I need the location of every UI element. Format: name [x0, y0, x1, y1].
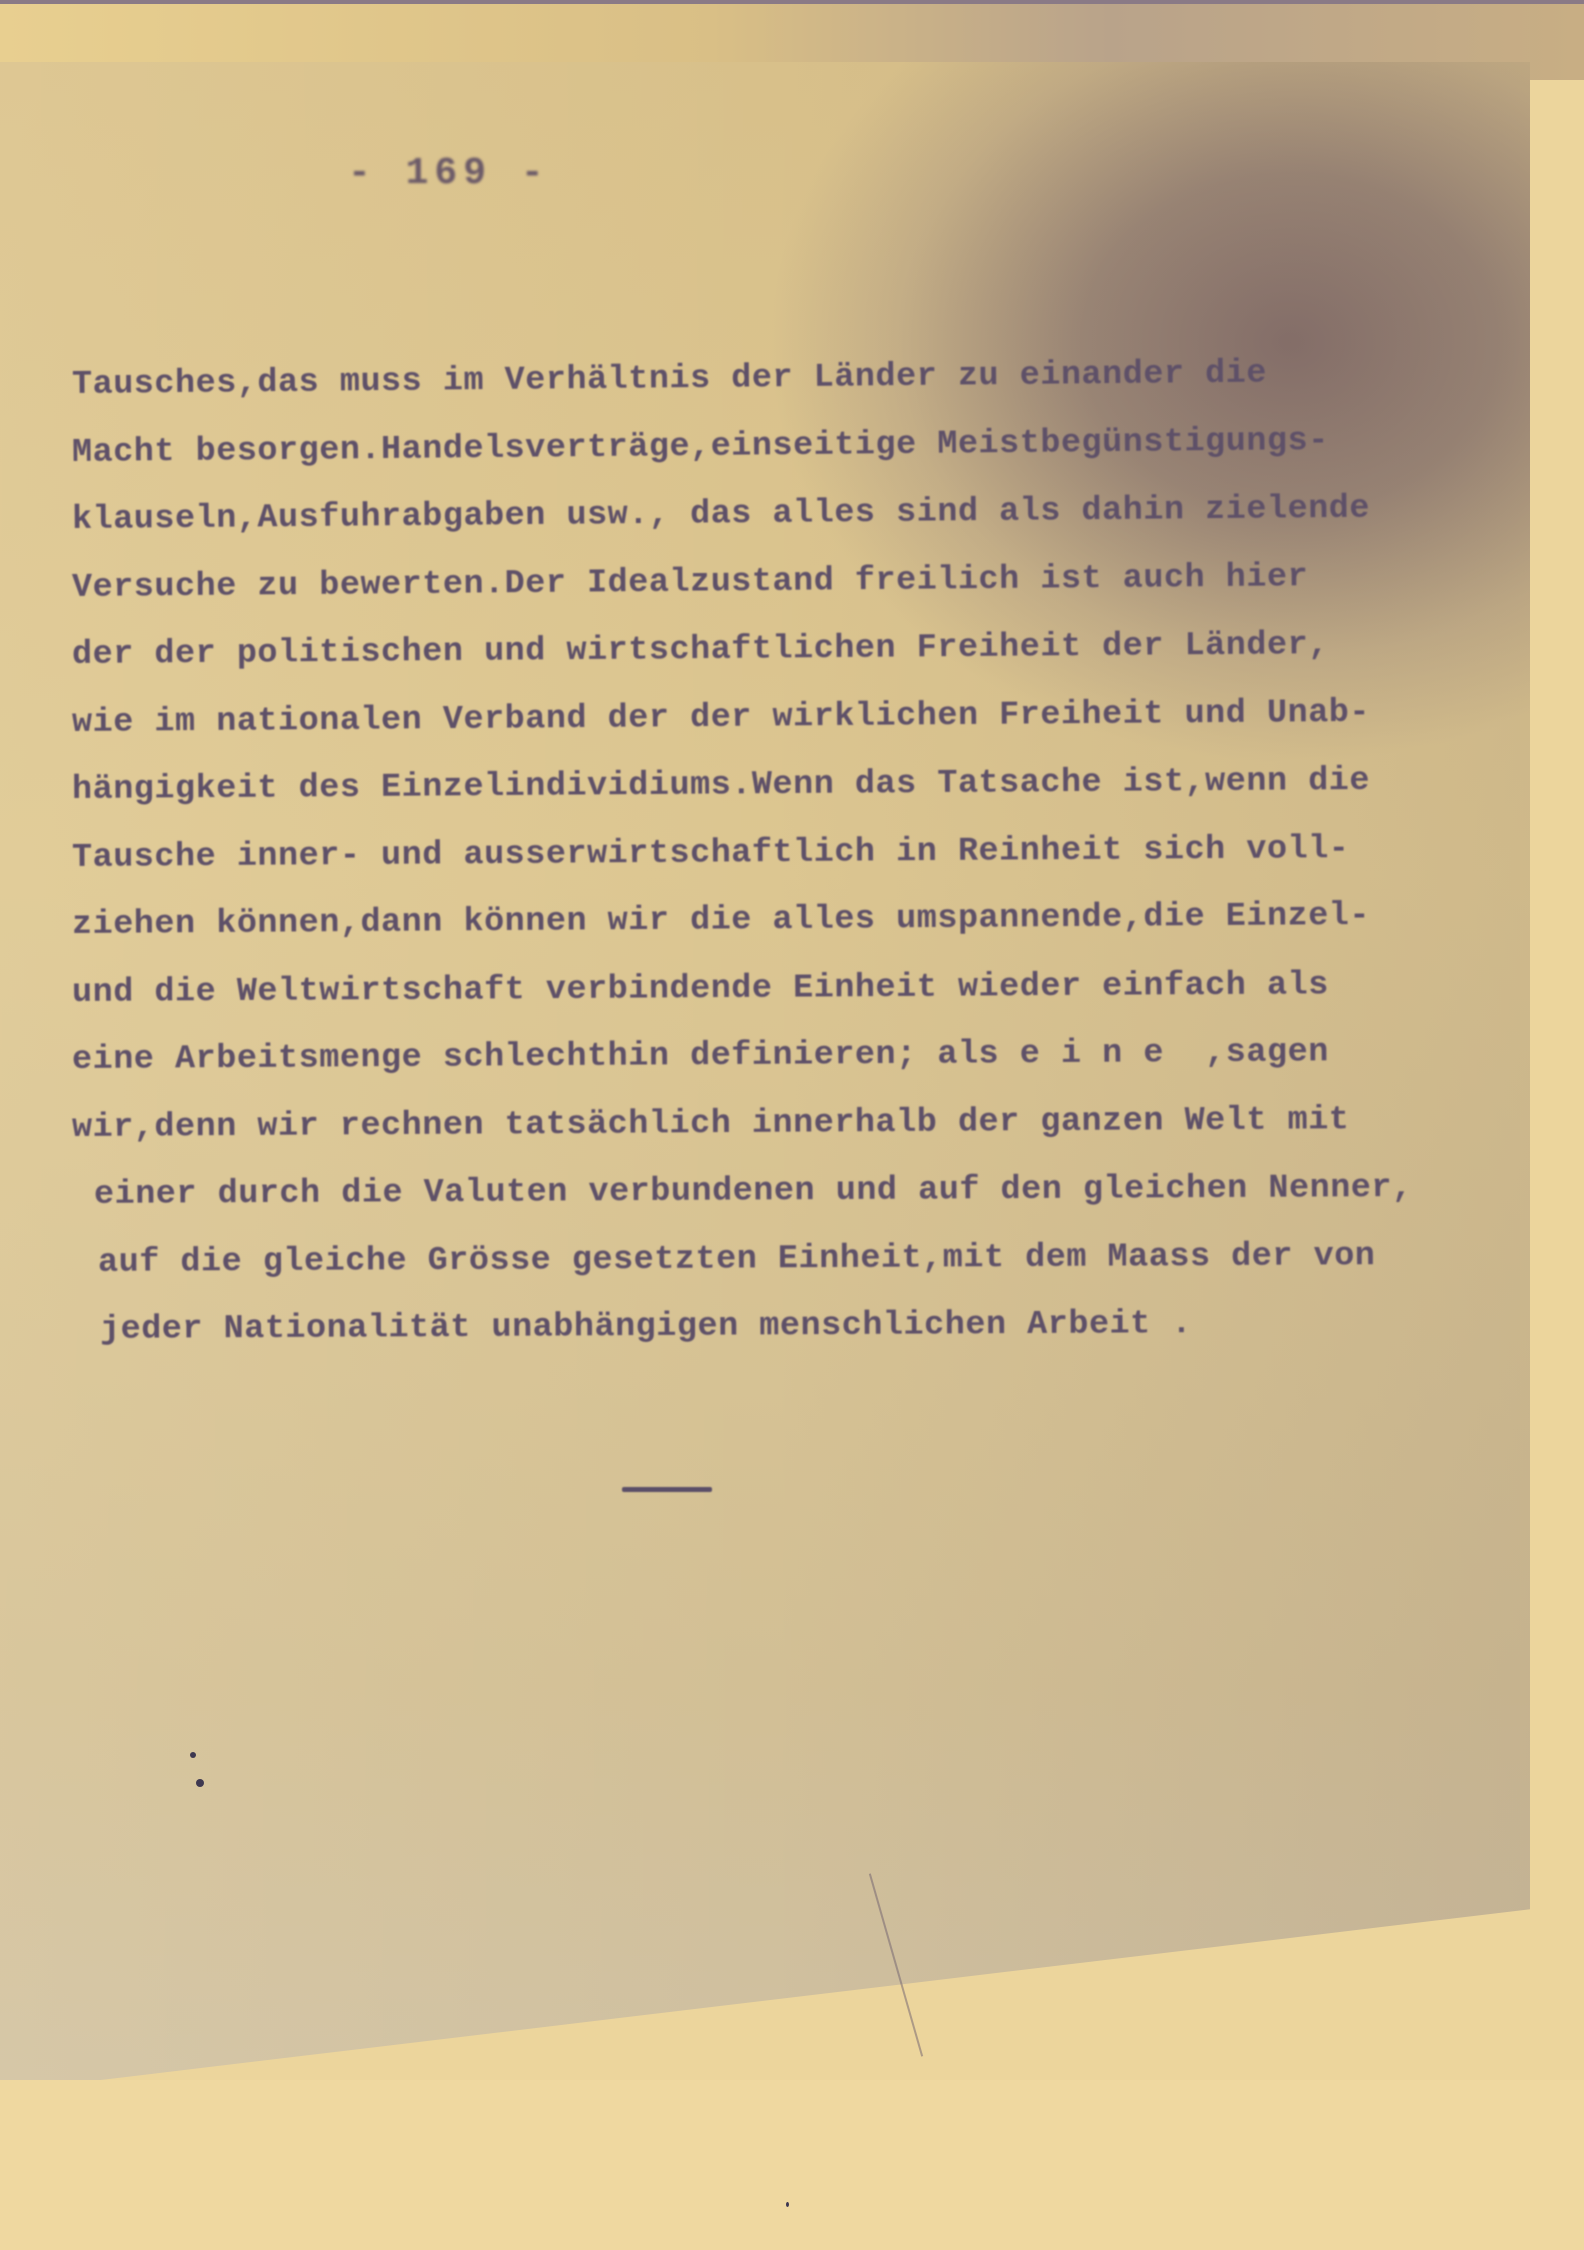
text-line: einer durch die Valuten verbundenen und …	[72, 1154, 1512, 1229]
text-line: ziehen können,dann können wir die alles …	[72, 882, 1512, 960]
scanner-bed-bottom	[0, 2080, 1584, 2250]
text-line: wir,denn wir rechnen tatsächlich innerha…	[72, 1086, 1512, 1162]
text-line: auf die gleiche Grösse gesetzten Einheit…	[72, 1222, 1512, 1297]
text-line: und die Weltwirtschaft verbindende Einhe…	[72, 951, 1512, 1027]
text-line: hängigkeit des Einzelindividiums.Wenn da…	[72, 747, 1512, 825]
text-line: Macht besorgen.Handelsverträge,einseitig…	[72, 406, 1513, 487]
text-line: Tausche inner- und ausserwirtschaftlich …	[72, 814, 1512, 892]
text-line: Versuche zu bewerten.Der Idealzustand fr…	[72, 542, 1513, 622]
text-line: der der politischen und wirtschaftlichen…	[72, 611, 1512, 690]
ink-speck	[786, 2202, 789, 2207]
text-line: klauseln,Ausfuhrabgaben usw., das alles …	[72, 474, 1513, 554]
end-separator-rule	[622, 1487, 712, 1492]
text-line: jeder Nationalität unabhängigen menschli…	[72, 1289, 1512, 1364]
scanner-top-edge	[0, 0, 1584, 4]
text-line: wie im nationalen Verband der der wirkli…	[72, 678, 1512, 757]
ink-speck	[196, 1779, 204, 1787]
page-number: - 169 -	[348, 152, 550, 195]
text-line: eine Arbeitsmenge schlechthin definieren…	[72, 1018, 1512, 1094]
ink-speck	[190, 1752, 196, 1758]
body-text: Tausches,das muss im Verhältnis der Länd…	[72, 352, 1512, 1365]
